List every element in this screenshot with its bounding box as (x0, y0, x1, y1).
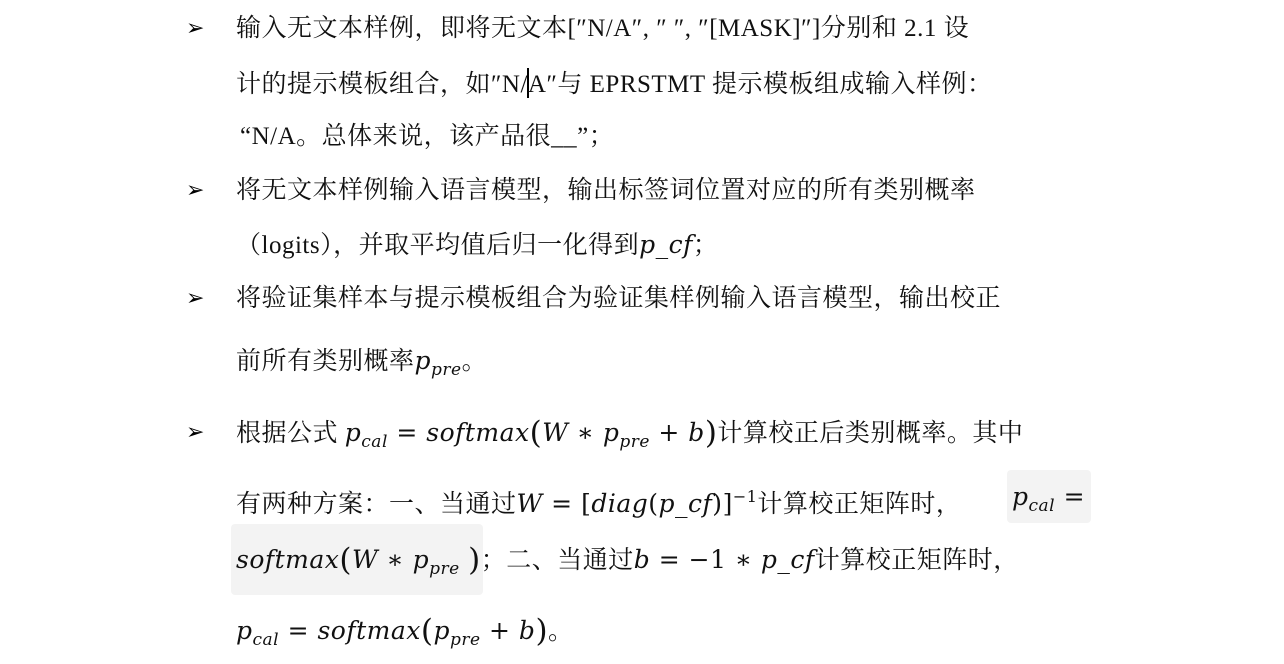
bullet-arrow-icon: ➢ (186, 14, 204, 44)
paragraph-line[interactable]: 有两种方案：一、当通过W = [diag(p_cf)]−1计算校正矩阵时， (236, 482, 961, 520)
bullet-arrow-icon: ➢ (186, 176, 204, 206)
formula-softmax-b: pcal = softmax(ppre + b) (236, 616, 548, 645)
text-segment: 计算校正矩阵时， (757, 491, 961, 518)
text-segment: ；二、当通过 (481, 547, 634, 574)
formula-calibration: pcal = softmax(W ∗ ppre + b) (345, 418, 718, 447)
formula-softmax-w: softmax(W ∗ ppre ) (236, 545, 481, 574)
paragraph-line[interactable]: softmax(W ∗ ppre )；二、当通过b = −1 ∗ p_cf计算校… (236, 545, 1019, 584)
text-segment: （logits），并取平均值后归一化得到 (236, 232, 639, 259)
text-segment: 。 (548, 618, 574, 645)
text-segment: 根据公式 (236, 420, 345, 447)
paragraph-line[interactable]: pcal = softmax(ppre + b)。 (236, 616, 574, 655)
formula-b-bias: b = −1 ∗ p_cf (634, 545, 815, 574)
text-segment: 计算校正后类别概率。其中 (717, 420, 1023, 447)
text-segment: 计算校正矩阵时， (815, 547, 1019, 574)
paragraph-line[interactable]: 计的提示模板组合，如″N/A″与 EPRSTMT 提示模板组成输入样例： (236, 68, 992, 100)
math-p-pre: ppre (415, 346, 462, 375)
formula-w-matrix: W = [diag(p_cf)]−1 (517, 489, 758, 518)
text-segment: ； (693, 232, 719, 259)
text-segment: A″与 EPRSTMT 提示模板组成输入样例： (528, 71, 993, 98)
bullet-arrow-icon: ➢ (186, 284, 204, 314)
paragraph-line[interactable]: 将验证集样本与提示模板组合为验证集样例输入语言模型，输出校正 (236, 284, 1001, 314)
text-segment: 前所有类别概率 (236, 348, 415, 375)
text-segment: 计的提示模板组合，如″N/ (236, 71, 528, 98)
paragraph-line[interactable]: （logits），并取平均值后归一化得到p_cf； (236, 230, 718, 261)
paragraph-line[interactable]: “N/A。总体来说，该产品很__”； (240, 122, 614, 152)
math-p-cf: p_cf (639, 230, 693, 259)
paragraph-line[interactable]: 输入无文本样例，即将无文本[″N/A″, ″ ″, ″[MASK]″]分别和 2… (236, 14, 969, 44)
paragraph-line[interactable]: 将无文本样例输入语言模型，输出标签词位置对应的所有类别概率 (236, 176, 976, 206)
formula-p-cal-eq: pcal = (1012, 482, 1085, 521)
text-segment: 。 (462, 348, 488, 375)
text-segment: 有两种方案：一、当通过 (236, 491, 517, 518)
paragraph-line[interactable]: 根据公式 pcal = softmax(W ∗ ppre + b)计算校正后类别… (236, 418, 1023, 457)
paragraph-line[interactable]: 前所有类别概率ppre。 (236, 346, 487, 385)
bullet-arrow-icon: ➢ (186, 418, 204, 448)
